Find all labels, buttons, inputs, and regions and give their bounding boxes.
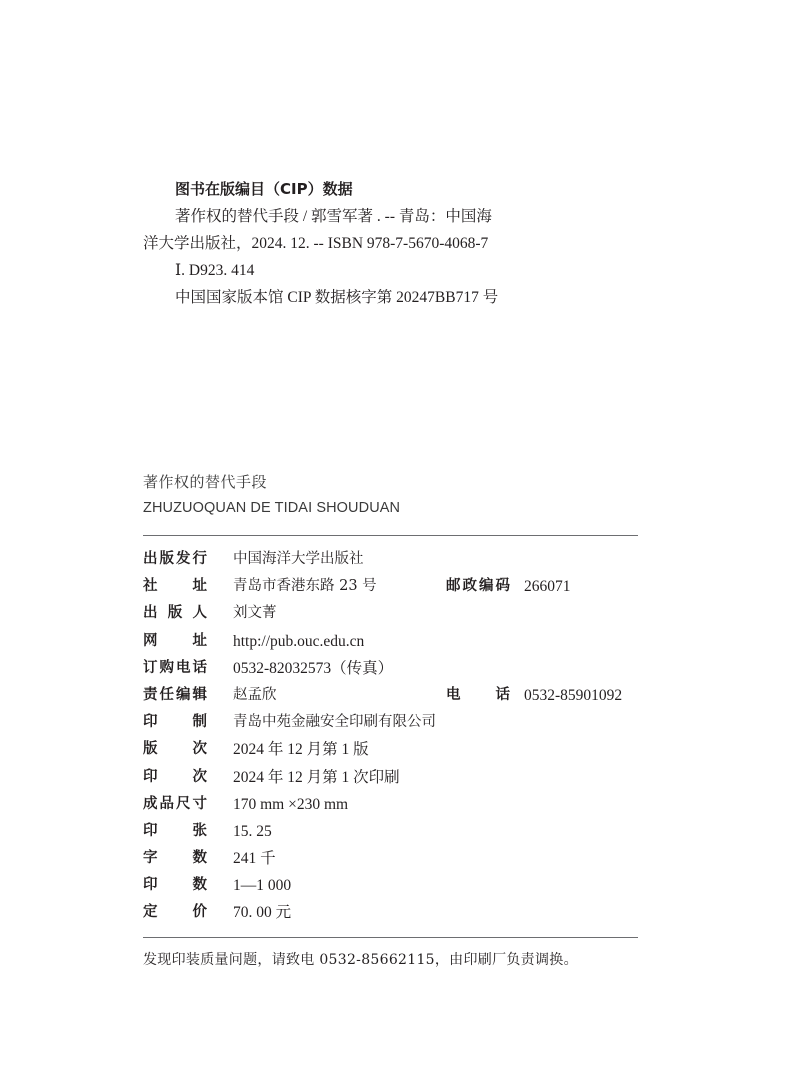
info-row: 版次2024 年 12 月第 1 版	[143, 736, 643, 763]
cip-line-4: 中国国家版本馆 CIP 数据核字第 20247BB717 号	[143, 284, 543, 311]
copyright-page: 图书在版编目（CIP）数据 著作权的替代手段 / 郭雪军著 . -- 青岛：中国…	[0, 0, 799, 1073]
info-label: 订购电话	[143, 655, 207, 682]
info-row: 网址http://pub.ouc.edu.cn	[143, 628, 643, 655]
info-label: 字数	[143, 845, 207, 872]
info-value-secondary: 0532-85901092	[524, 682, 622, 709]
info-value: 15. 25	[233, 818, 272, 845]
info-row: 出版人刘文菁	[143, 600, 643, 627]
info-label-char: 任	[160, 682, 175, 709]
info-label-char: 社	[143, 573, 158, 600]
quality-notice: 发现印装质量问题，请致电 0532-85662115，由印刷厂负责调换。	[143, 948, 578, 972]
cip-data-block: 图书在版编目（CIP）数据 著作权的替代手段 / 郭雪军著 . -- 青岛：中国…	[143, 176, 543, 311]
info-row: 印次2024 年 12 月第 1 次印刷	[143, 764, 643, 791]
info-label-char: 电	[176, 655, 191, 682]
info-row: 印张15. 25	[143, 818, 643, 845]
info-label-char: 址	[193, 573, 208, 600]
info-label-char: 编	[479, 573, 494, 600]
info-value: 中国海洋大学出版社	[233, 546, 364, 573]
top-divider	[143, 535, 638, 536]
info-label-char: 电	[446, 682, 461, 709]
info-label: 版次	[143, 736, 207, 763]
info-label-char: 印	[143, 764, 158, 791]
info-label: 出版发行	[143, 546, 207, 573]
cip-line-1: 著作权的替代手段 / 郭雪军著 . -- 青岛：中国海	[143, 203, 543, 230]
info-label: 出版人	[143, 600, 207, 627]
info-label-secondary: 邮政编码	[446, 573, 510, 600]
info-label-char: 成	[143, 791, 158, 818]
info-value: 0532-82032573（传真）	[233, 655, 393, 682]
info-label-char: 话	[496, 682, 511, 709]
info-value: 2024 年 12 月第 1 版	[233, 736, 369, 763]
info-label-char: 制	[193, 709, 208, 736]
info-label: 印数	[143, 872, 207, 899]
info-label: 责任编辑	[143, 682, 207, 709]
bottom-divider	[143, 937, 638, 938]
info-row: 出版发行中国海洋大学出版社	[143, 546, 643, 573]
info-label-char: 编	[176, 682, 191, 709]
info-value: 青岛市香港东路 23 号	[233, 573, 377, 600]
info-value: 70. 00 元	[233, 899, 291, 926]
info-label-char: 印	[143, 818, 158, 845]
info-label-char: 辑	[193, 682, 208, 709]
info-value: 1—1 000	[233, 872, 291, 899]
info-label-char: 行	[193, 546, 208, 573]
info-row: 印数1—1 000	[143, 872, 643, 899]
info-label-char: 邮	[446, 573, 461, 600]
info-label-char: 网	[143, 628, 158, 655]
info-label-char: 人	[193, 600, 208, 627]
info-row: 印制青岛中苑金融安全印刷有限公司	[143, 709, 643, 736]
cip-line-2: 洋大学出版社，2024. 12. -- ISBN 978-7-5670-4068…	[143, 230, 543, 257]
info-label-char: 张	[193, 818, 208, 845]
info-label: 印制	[143, 709, 207, 736]
info-value: 赵孟欣	[233, 682, 277, 709]
book-title-chinese: 著作权的替代手段	[143, 470, 400, 494]
info-label-char: 订	[143, 655, 158, 682]
info-label: 成品尺寸	[143, 791, 207, 818]
cip-title: 图书在版编目（CIP）数据	[143, 176, 543, 203]
info-label-char: 出	[143, 546, 158, 573]
info-label-secondary: 电话	[446, 682, 510, 709]
info-label-char: 尺	[176, 791, 191, 818]
book-title-pinyin: ZHUZUOQUAN DE TIDAI SHOUDUAN	[143, 494, 400, 522]
info-label-char: 价	[193, 899, 208, 926]
info-value: http://pub.ouc.edu.cn	[233, 628, 364, 655]
info-row: 定价70. 00 元	[143, 899, 643, 926]
info-label-char: 购	[160, 655, 175, 682]
info-label-char: 印	[143, 872, 158, 899]
info-label-char: 次	[193, 736, 208, 763]
info-label-char: 版	[160, 546, 175, 573]
info-label: 社址	[143, 573, 207, 600]
info-value-secondary: 266071	[524, 573, 571, 600]
info-label-char: 出	[143, 600, 158, 627]
info-value: 青岛中苑金融安全印刷有限公司	[233, 709, 436, 736]
info-label: 印张	[143, 818, 207, 845]
info-row: 字数241 千	[143, 845, 643, 872]
info-label: 定价	[143, 899, 207, 926]
info-label: 印次	[143, 764, 207, 791]
info-label-char: 次	[193, 764, 208, 791]
info-row: 责任编辑赵孟欣电话0532-85901092	[143, 682, 643, 709]
info-row: 成品尺寸170 mm ×230 mm	[143, 791, 643, 818]
info-label-char: 数	[193, 845, 208, 872]
info-label-char: 责	[143, 682, 158, 709]
info-value: 2024 年 12 月第 1 次印刷	[233, 764, 400, 791]
info-value: 刘文菁	[233, 600, 277, 627]
book-title-block: 著作权的替代手段 ZHUZUOQUAN DE TIDAI SHOUDUAN	[143, 470, 400, 522]
info-row: 订购电话0532-82032573（传真）	[143, 655, 643, 682]
info-label-char: 数	[193, 872, 208, 899]
info-label-char: 址	[193, 628, 208, 655]
info-label-char: 定	[143, 899, 158, 926]
info-label: 网址	[143, 628, 207, 655]
info-label-char: 版	[168, 600, 183, 627]
info-label-char: 字	[143, 845, 158, 872]
info-label-char: 版	[143, 736, 158, 763]
publication-info-table: 出版发行中国海洋大学出版社社址青岛市香港东路 23 号邮政编码266071出版人…	[143, 546, 643, 927]
info-value: 241 千	[233, 845, 276, 872]
info-value: 170 mm ×230 mm	[233, 791, 348, 818]
info-label-char: 发	[176, 546, 191, 573]
info-label-char: 政	[463, 573, 478, 600]
cip-line-3: Ⅰ. D923. 414	[143, 257, 543, 284]
info-label-char: 话	[193, 655, 208, 682]
info-label-char: 品	[160, 791, 175, 818]
info-label-char: 寸	[193, 791, 208, 818]
info-label-char: 印	[143, 709, 158, 736]
info-label-char: 码	[496, 573, 511, 600]
info-row: 社址青岛市香港东路 23 号邮政编码266071	[143, 573, 643, 600]
